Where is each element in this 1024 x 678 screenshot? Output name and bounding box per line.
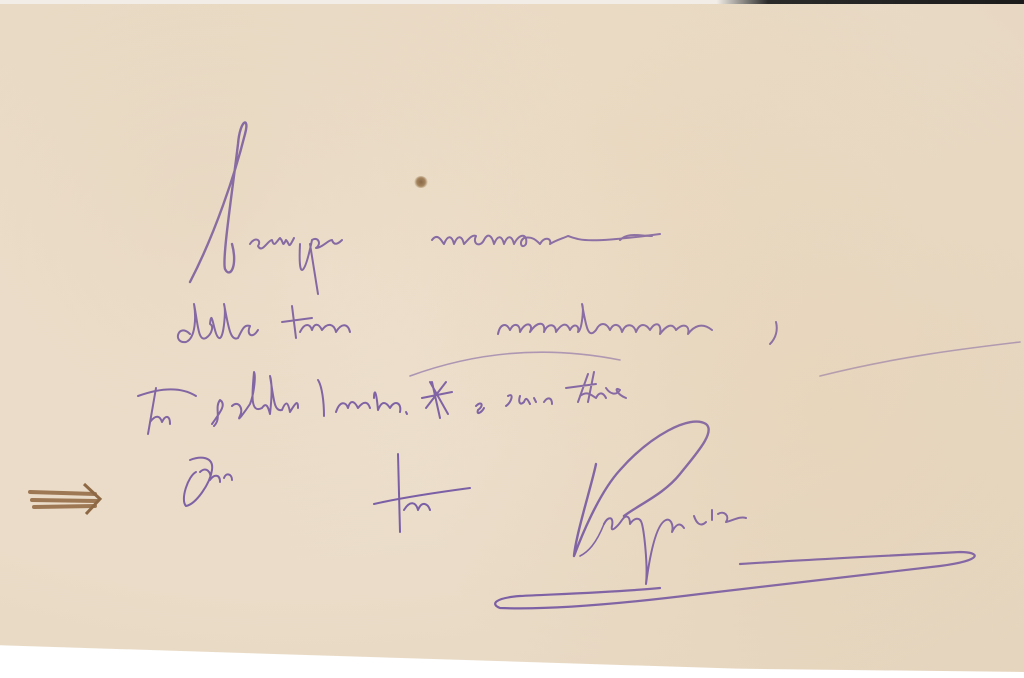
- ink-spot: [414, 176, 428, 188]
- line-4-baci-tuo: [184, 454, 470, 532]
- line-3-ti-saluto-tanto: [138, 372, 626, 434]
- line-2-della-tua-ricordanza: [178, 304, 777, 344]
- arrow-mark-icon: [30, 484, 100, 514]
- postcard: Sempre memore della tua ricordanza, ti s…: [0, 4, 1024, 672]
- line-1-sempre-memore: [190, 123, 660, 294]
- signature-virgilio: [495, 422, 975, 609]
- handwriting: [0, 4, 1024, 678]
